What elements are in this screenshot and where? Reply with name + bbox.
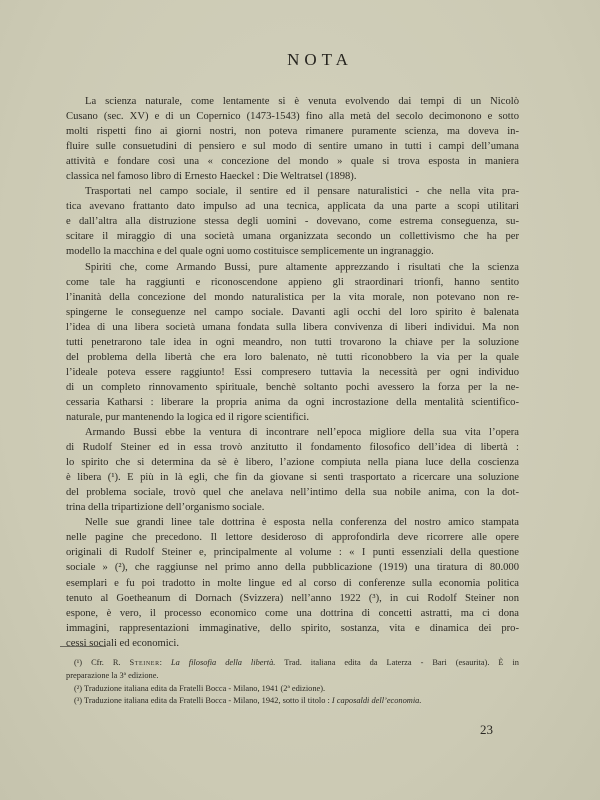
- page-title: NOTA: [0, 50, 600, 70]
- text-line: nelle pagine che precedono. Il lettore d…: [66, 530, 519, 545]
- footnote-text: Cfr. R.: [91, 658, 120, 667]
- text-line: La scienza naturale, come lentamente si …: [66, 94, 519, 109]
- body-text: La scienza naturale, come lentamente si …: [66, 94, 519, 651]
- footnote-text: Traduzione italiana edita da Fratelli Bo…: [84, 684, 325, 693]
- text-line: Cusano (sec. XV) e di un Copernico (1473…: [66, 109, 519, 124]
- text-line: l’ideale poteva essere raggiunto! Essi c…: [66, 365, 519, 380]
- text-line: molti rispetti fino ai giorni nostri, no…: [66, 124, 519, 139]
- footnote-book-title: I caposaldi dell’economia.: [332, 696, 422, 705]
- text-line: attività e fondare così una « concezione…: [66, 154, 519, 169]
- page-number: 23: [480, 722, 493, 738]
- document-page: NOTA La scienza naturale, come lentament…: [0, 0, 600, 800]
- text-line: l’inanità della concezione del mondo nat…: [66, 290, 519, 305]
- text-line: spingerne le conseguenze nel campo socia…: [66, 305, 519, 320]
- text-line: cessi sociali ed economici.: [66, 636, 519, 651]
- text-line: sociale » (²), che raggiunse nel primo a…: [66, 560, 519, 575]
- text-line: Armando Bussi ebbe la ventura di incontr…: [66, 425, 519, 440]
- footnote-author: Steiner: [129, 658, 159, 667]
- text-line: tutti penetrarono tale idea in ogni mean…: [66, 335, 519, 350]
- footnote-marker: (³): [74, 696, 82, 705]
- footnote-1-continued: preparazione la 3ª edizione.: [66, 670, 519, 683]
- footnote-marker: (²): [74, 684, 82, 693]
- text-line: l’idea di una libera società umana fonda…: [66, 320, 519, 335]
- text-line: classica nel famoso libro di Ernesto Hae…: [66, 169, 519, 184]
- text-line: cessaria Katharsi : liberare la propria …: [66, 395, 519, 410]
- text-line: del problema della libertà che era loro …: [66, 350, 519, 365]
- footnote-2: (²) Traduzione italiana edita da Fratell…: [66, 683, 519, 696]
- text-line: scitare il miraggio di una società umana…: [66, 229, 519, 244]
- text-line: è libera (¹). E più in là egli, che fin …: [66, 470, 519, 485]
- text-line: originali di Rudolf Steiner e, principal…: [66, 545, 519, 560]
- text-line: tica avevano frattanto dato impulso ad u…: [66, 199, 519, 214]
- text-line: tenuto al Goetheanum di Dornach (Svizzer…: [66, 591, 519, 606]
- text-line: Trasportati nel campo sociale, il sentir…: [66, 184, 519, 199]
- footnote-book-title: La filosofia della libertà.: [171, 658, 275, 667]
- text-line: naturale, pur mantenendo la logica ed il…: [66, 410, 519, 425]
- footnote-text: Trad. italiana edita da Laterza - Bari (…: [284, 658, 519, 667]
- text-line: lo spirito che si determina da sè è libe…: [66, 455, 519, 470]
- text-line: Spiriti che, come Armando Bussi, pure al…: [66, 260, 519, 275]
- footnotes: (¹) Cfr. R. Steiner: La filosofia della …: [66, 657, 519, 708]
- text-line: di Rudolf Steiner ed in essa trovò anzit…: [66, 440, 519, 455]
- text-line: espone, è vero, il processo economico co…: [66, 606, 519, 621]
- footnote-1: (¹) Cfr. R. Steiner: La filosofia della …: [66, 657, 519, 670]
- text-line: esemplari e fu poi tradotto in molte lin…: [66, 576, 519, 591]
- text-line: di un completo rinnovamento spirituale, …: [66, 380, 519, 395]
- text-line: trina della tripartizione dell’organismo…: [66, 500, 519, 515]
- footnote-3: (³) Traduzione italiana edita da Fratell…: [66, 695, 519, 708]
- footnote-text: Traduzione italiana edita da Fratelli Bo…: [84, 696, 330, 705]
- text-line: fluire sulle consuetudini di pensiero e …: [66, 139, 519, 154]
- text-line: come tale ha raggiunti e riconoscendone …: [66, 275, 519, 290]
- text-line: e dall’altra alla distruzione stessa deg…: [66, 214, 519, 229]
- footnote-text: :: [160, 658, 162, 667]
- text-line: immagini, rappresentazioni immaginative,…: [66, 621, 519, 636]
- text-line: del problema sociale, trovò quel che ane…: [66, 485, 519, 500]
- text-line: Nelle sue grandi linee tale dottrina è e…: [66, 515, 519, 530]
- footnote-marker: (¹): [74, 658, 82, 667]
- footnote-divider: [60, 646, 106, 647]
- text-line: modello la macchina e del quale ogni uom…: [66, 244, 519, 259]
